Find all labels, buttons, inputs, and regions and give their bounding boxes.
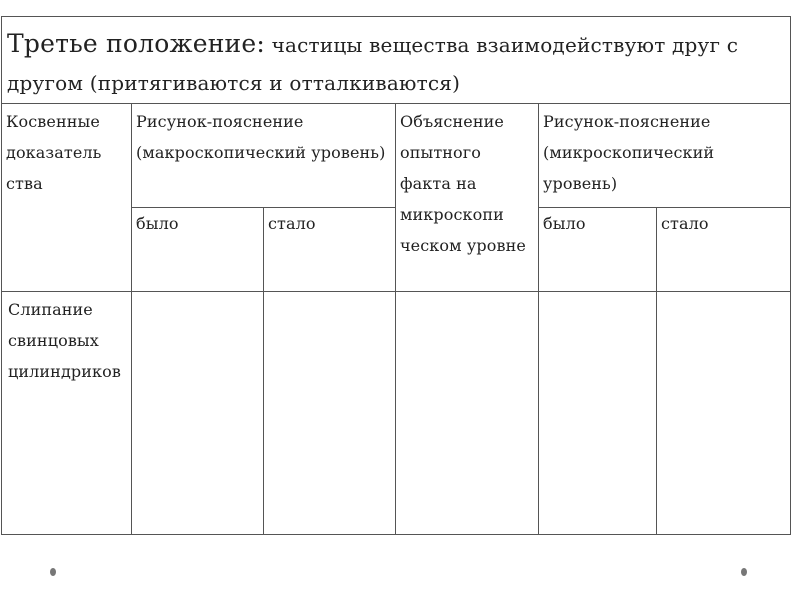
bullet-dot-icon: [50, 568, 56, 576]
cell-macro-after: [264, 292, 396, 535]
header-indirect-evidence: Косвенные доказатель ства: [2, 104, 132, 292]
header-explanation: Объяснение опытного факта на микроскопи …: [396, 104, 539, 292]
title-row: Третье положение: частицы вещества взаим…: [2, 17, 791, 104]
table-row: Слипание свинцовых цилиндриков: [2, 292, 791, 535]
header-micro-after: стало: [657, 208, 791, 292]
header-row-main: Косвенные доказатель ства Рисунок-поясне…: [2, 104, 791, 208]
header-micro-picture: Рисунок-пояснение (микроскопический уров…: [539, 104, 791, 208]
cell-evidence: Слипание свинцовых цилиндриков: [2, 292, 132, 535]
header-micro-before: было: [539, 208, 657, 292]
cell-macro-before: [132, 292, 264, 535]
title-lead: Третье положение:: [7, 29, 265, 58]
cell-explanation: [396, 292, 539, 535]
slide-title: Третье положение: частицы вещества взаим…: [2, 17, 791, 104]
bullet-dot-icon: [741, 568, 747, 576]
header-macro-picture: Рисунок-пояснение (макроскопический уров…: [132, 104, 396, 208]
header-macro-after: стало: [264, 208, 396, 292]
header-macro-before: было: [132, 208, 264, 292]
cell-micro-before: [539, 292, 657, 535]
cell-micro-after: [657, 292, 791, 535]
worksheet-table: Третье положение: частицы вещества взаим…: [1, 16, 791, 535]
